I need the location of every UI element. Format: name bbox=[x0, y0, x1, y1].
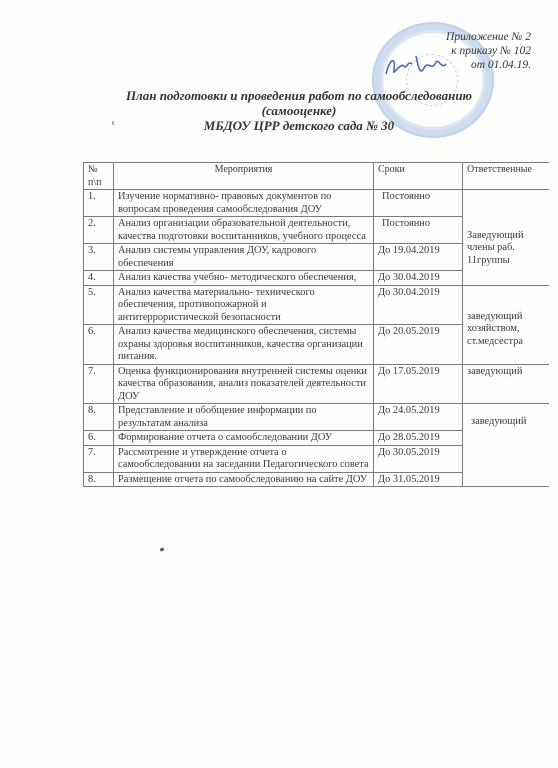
row-number: 6. bbox=[84, 325, 114, 365]
table-row: 7. Оценка функционирования внутренней си… bbox=[84, 364, 550, 404]
row-event: Анализ организации образовательной деяте… bbox=[114, 217, 374, 244]
row-event: Анализ качества учебно- методического об… bbox=[114, 271, 374, 286]
row-deadline: До 28.05.2019 bbox=[374, 431, 463, 446]
row-event: Изучение нормативно- правовых документов… bbox=[114, 190, 374, 217]
row-number: 3. bbox=[84, 244, 114, 271]
row-number: 2. bbox=[84, 217, 114, 244]
document-title: План подготовки и проведения работ по са… bbox=[60, 88, 538, 133]
row-deadline: До 30.04.2019 bbox=[374, 271, 463, 286]
row-deadline: До 24.05.2019 bbox=[374, 404, 463, 431]
table-row: 8. Представление и обобщение информации … bbox=[84, 404, 550, 431]
row-event: Формирование отчета о самообследовании Д… bbox=[114, 431, 374, 446]
row-number: 7. bbox=[84, 364, 114, 404]
signature-icon bbox=[382, 52, 452, 82]
row-event: Размещение отчета по самообследованию на… bbox=[114, 472, 374, 487]
header-number: № п\п bbox=[84, 163, 114, 190]
header-events: Мероприятия bbox=[114, 163, 374, 190]
header-deadline: Сроки bbox=[374, 163, 463, 190]
row-number: 1. bbox=[84, 190, 114, 217]
row-number: 5. bbox=[84, 285, 114, 325]
row-deadline: До 19.04.2019 bbox=[374, 244, 463, 271]
row-deadline: До 20.05.2019 bbox=[374, 325, 463, 365]
order-number: к приказу № 102 bbox=[446, 44, 531, 58]
row-responsible: заведующий хозяйством, ст.медсестра bbox=[463, 285, 550, 364]
row-responsible: заведующий bbox=[463, 364, 550, 404]
plan-table: № п\п Мероприятия Сроки Ответственные 1.… bbox=[83, 162, 549, 487]
scan-speck bbox=[112, 121, 114, 125]
table-row: 1. Изучение нормативно- правовых докумен… bbox=[84, 190, 550, 217]
row-event: Рассмотрение и утверждение отчета о само… bbox=[114, 445, 374, 472]
row-number: 8. bbox=[84, 404, 114, 431]
row-number: 6. bbox=[84, 431, 114, 446]
row-deadline: До 30.05.2019 bbox=[374, 445, 463, 472]
row-event: Анализ качества медицинского обеспечения… bbox=[114, 325, 374, 365]
row-deadline: Постоянно bbox=[374, 190, 463, 217]
row-event: Анализ качества материально- техническог… bbox=[114, 285, 374, 325]
title-line-3: МБДОУ ЦРР детского сада № 30 bbox=[60, 118, 538, 133]
order-date: от 01.04.19. bbox=[446, 58, 531, 72]
row-event: Анализ системы управления ДОУ, кадрового… bbox=[114, 244, 374, 271]
scan-speck bbox=[160, 547, 165, 551]
title-line-1: План подготовки и проведения работ по са… bbox=[60, 88, 538, 103]
row-number: 7. bbox=[84, 445, 114, 472]
row-responsible: заведующий bbox=[463, 404, 550, 487]
row-deadline: До 31.05.2019 bbox=[374, 472, 463, 487]
row-event: Представление и обобщение информации по … bbox=[114, 404, 374, 431]
table-header-row: № п\п Мероприятия Сроки Ответственные bbox=[84, 163, 550, 190]
row-number: 4. bbox=[84, 271, 114, 286]
row-number: 8. bbox=[84, 472, 114, 487]
annex-reference: Приложение № 2 к приказу № 102 от 01.04.… bbox=[446, 30, 531, 72]
table-row: 5. Анализ качества материально- техничес… bbox=[84, 285, 550, 325]
row-event: Оценка функционирования внутренней систе… bbox=[114, 364, 374, 404]
header-responsible: Ответственные bbox=[463, 163, 550, 190]
title-line-2: (самооценке) bbox=[60, 103, 538, 118]
row-deadline: Постоянно bbox=[374, 217, 463, 244]
row-responsible: Заведующий члены раб. 11группы bbox=[463, 190, 550, 286]
row-deadline: До 30.04.2019 bbox=[374, 285, 463, 325]
row-deadline: До 17.05.2019 bbox=[374, 364, 463, 404]
annex-number: Приложение № 2 bbox=[446, 30, 531, 44]
